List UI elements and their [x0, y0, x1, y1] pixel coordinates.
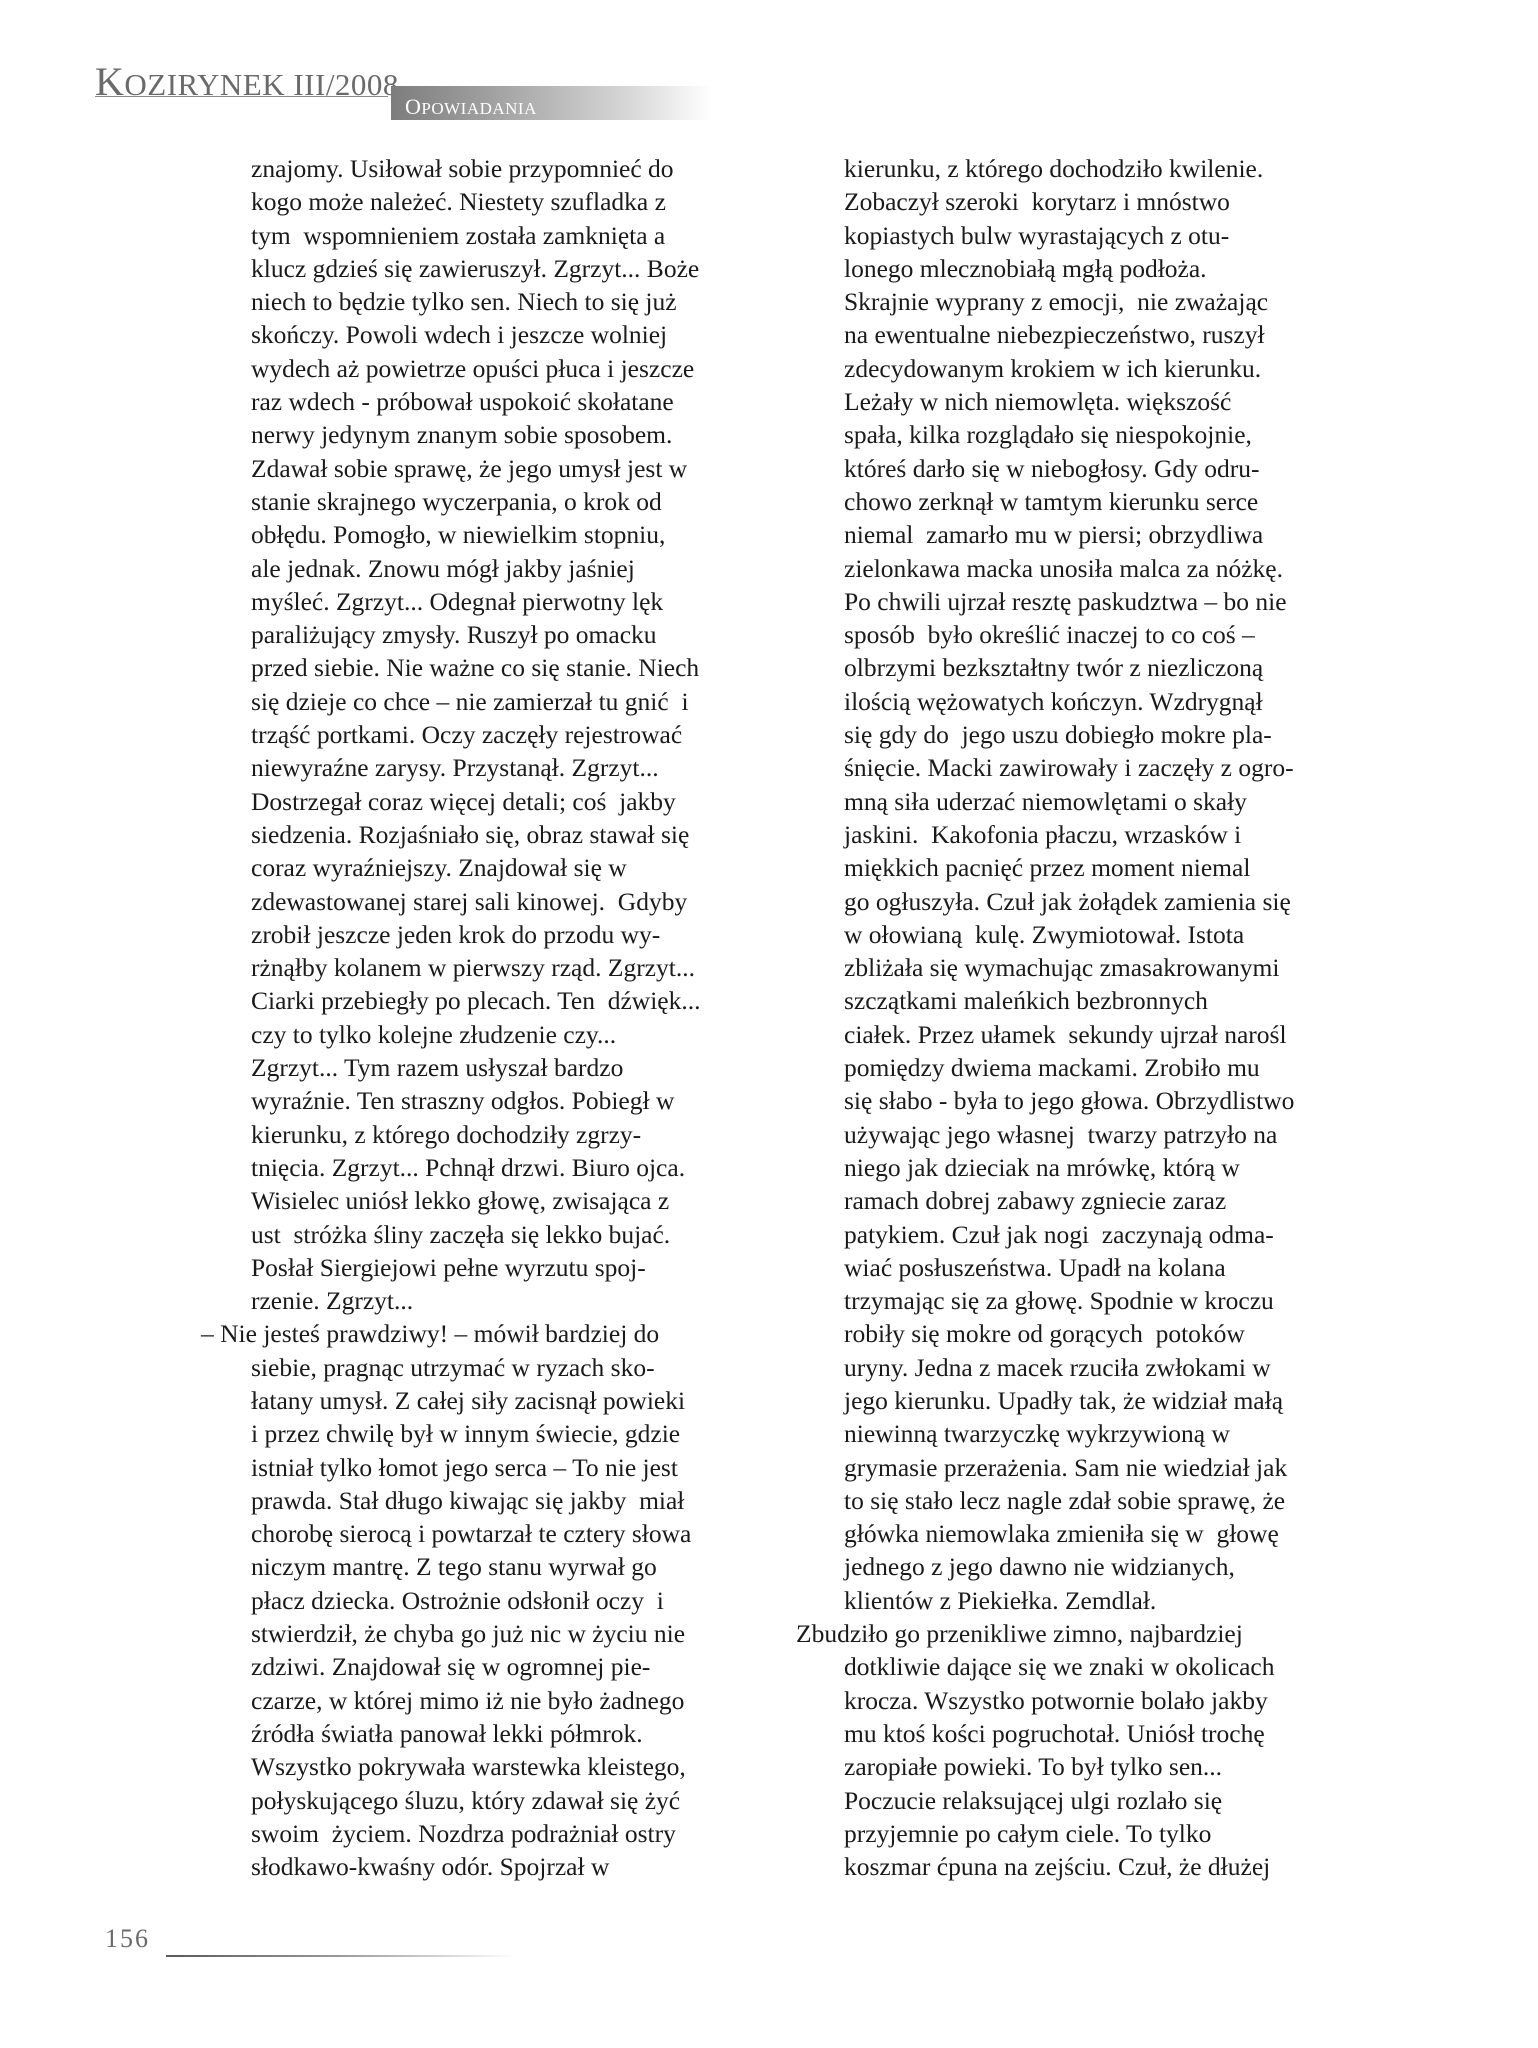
- magazine-title: KOZIRYNEK III/2008: [95, 58, 399, 105]
- text-line: sposób było określić inaczej to co coś –: [844, 618, 1364, 651]
- text-line: trzymając się za głowę. Spodnie w kroczu: [844, 1284, 1364, 1317]
- text-line: Ciarki przebiegły po plecach. Ten dźwięk…: [251, 984, 771, 1017]
- text-line: zbliżała się wymachując zmasakrowanymi: [844, 951, 1364, 984]
- text-line: w ołowianą kulę. Zwymiotował. Istota: [844, 918, 1364, 951]
- page-number: 156: [105, 1924, 150, 1954]
- text-line: zdewastowanej starej sali kinowej. Gdyby: [251, 885, 771, 918]
- text-line: i przez chwilę był w innym świecie, gdzi…: [251, 1417, 771, 1450]
- section-label-initial: O: [405, 94, 421, 119]
- magazine-page: KOZIRYNEK III/2008 OPOWIADANIA znajomy. …: [0, 0, 1538, 2048]
- text-line: olbrzymi bezkształtny twór z niezliczoną: [844, 651, 1364, 684]
- text-line: coraz wyraźniejszy. Znajdował się w: [251, 851, 771, 884]
- text-line: stwierdził, że chyba go już nic w życiu …: [251, 1617, 771, 1650]
- text-line: Wisielec uniósł lekko głowę, zwisająca z: [251, 1184, 771, 1217]
- text-line: Posłał Siergiejowi pełne wyrzutu spoj-: [251, 1251, 771, 1284]
- text-line: krocza. Wszystko potwornie bolało jakby: [844, 1684, 1364, 1717]
- text-line: czy to tylko kolejne złudzenie czy...: [251, 1018, 771, 1051]
- text-line: go ogłuszyła. Czuł jak żołądek zamienia …: [844, 885, 1364, 918]
- text-line: Zdawał sobie sprawę, że jego umysł jest …: [251, 452, 771, 485]
- text-line: łatany umysł. Z całej siły zacisnął powi…: [251, 1384, 771, 1417]
- text-line: słodkawo-kwaśny odór. Spojrzał w: [251, 1850, 771, 1883]
- text-line: znajomy. Usiłował sobie przypomnieć do: [251, 152, 771, 185]
- text-line: kopiastych bulw wyrastających z otu-: [844, 219, 1364, 252]
- text-line: siedzenia. Rozjaśniało się, obraz stawał…: [251, 818, 771, 851]
- text-line: połyskującego śluzu, który zdawał się ży…: [251, 1784, 771, 1817]
- text-line: rżnąłby kolanem w pierwszy rząd. Zgrzyt.…: [251, 951, 771, 984]
- text-line: jego kierunku. Upadły tak, że widział ma…: [844, 1384, 1364, 1417]
- text-line: przyjemnie po całym ciele. To tylko: [844, 1817, 1364, 1850]
- text-line: ilością wężowatych kończyn. Wzdrygnął: [844, 685, 1364, 718]
- text-line: obłędu. Pomogło, w niewielkim stopniu,: [251, 518, 771, 551]
- text-line: spała, kilka rozglądało się niespokojnie…: [844, 418, 1364, 451]
- text-line: wiać posłuszeństwa. Upadł na kolana: [844, 1251, 1364, 1284]
- text-line: kierunku, z którego dochodziły zgrzy-: [251, 1118, 771, 1151]
- text-line: źródła światła panował lekki półmrok.: [251, 1717, 771, 1750]
- text-line: niewinną twarzyczkę wykrzywioną w: [844, 1417, 1364, 1450]
- text-line: ust stróżka śliny zaczęła się lekko buja…: [251, 1218, 771, 1251]
- text-line: kierunku, z którego dochodziło kwilenie.: [844, 152, 1364, 185]
- right-text-column: kierunku, z którego dochodziło kwilenie.…: [844, 152, 1364, 1883]
- text-line: Skrajnie wyprany z emocji, nie zważając: [844, 285, 1364, 318]
- text-line: koszmar ćpuna na zejściu. Czuł, że dłuże…: [844, 1850, 1364, 1883]
- text-line: tnięcia. Zgrzyt... Pchnął drzwi. Biuro o…: [251, 1151, 771, 1184]
- text-line: zaropiałe powieki. To był tylko sen...: [844, 1750, 1364, 1783]
- text-line: rzenie. Zgrzyt...: [251, 1284, 771, 1317]
- footer-rule: [166, 1955, 516, 1957]
- text-line: Zbudziło go przenikliwe zimno, najbardzi…: [796, 1617, 1364, 1650]
- text-line: Po chwili ujrzał resztę paskudztwa – bo …: [844, 585, 1364, 618]
- text-line: kogo może należeć. Niestety szufladka z: [251, 185, 771, 218]
- text-line: jednego z jego dawno nie widzianych,: [844, 1550, 1364, 1583]
- text-line: zielonkawa macka unosiła malca za nóżkę.: [844, 552, 1364, 585]
- text-line: Leżały w nich niemowlęta. większość: [844, 385, 1364, 418]
- text-line: wydech aż powietrze opuści płuca i jeszc…: [251, 352, 771, 385]
- text-line: zrobił jeszcze jeden krok do przodu wy-: [251, 918, 771, 951]
- text-line: niech to będzie tylko sen. Niech to się …: [251, 285, 771, 318]
- text-line: szczątkami maleńkich bezbronnych: [844, 984, 1364, 1017]
- text-line: czarze, w której mimo iż nie było żadneg…: [251, 1684, 771, 1717]
- text-line: mną siła uderzać niemowlętami o skały: [844, 785, 1364, 818]
- section-label-rest: POWIADANIA: [421, 99, 536, 118]
- text-line: to się stało lecz nagle zdał sobie spraw…: [844, 1484, 1364, 1517]
- text-line: istniał tylko łomot jego serca – To nie …: [251, 1451, 771, 1484]
- text-line: patykiem. Czuł jak nogi zaczynają odma-: [844, 1218, 1364, 1251]
- text-line: trząść portkami. Oczy zaczęły rejestrowa…: [251, 718, 771, 751]
- section-label: OPOWIADANIA: [405, 94, 537, 120]
- text-line: Dostrzegał coraz więcej detali; coś jakb…: [251, 785, 771, 818]
- text-line: ale jednak. Znowu mógł jakby jaśniej: [251, 552, 771, 585]
- text-line: siebie, pragnąc utrzymać w ryzach sko-: [251, 1351, 771, 1384]
- text-line: zdziwi. Znajdował się w ogromnej pie-: [251, 1650, 771, 1683]
- text-line: używając jego własnej twarzy patrzyło na: [844, 1118, 1364, 1151]
- text-line: chorobę sierocą i powtarzał te cztery sł…: [251, 1517, 771, 1550]
- text-line: Zgrzyt... Tym razem usłyszał bardzo: [251, 1051, 771, 1084]
- text-line: klucz gdzieś się zawieruszył. Zgrzyt... …: [251, 252, 771, 285]
- text-line: płacz dziecka. Ostrożnie odsłonił oczy i: [251, 1584, 771, 1617]
- text-line: przed siebie. Nie ważne co się stanie. N…: [251, 651, 771, 684]
- text-line: jaskini. Kakofonia płaczu, wrzasków i: [844, 818, 1364, 851]
- text-line: się gdy do jego uszu dobiegło mokre pla-: [844, 718, 1364, 751]
- text-line: myśleć. Zgrzyt... Odegnał pierwotny lęk: [251, 585, 771, 618]
- text-line: paraliżujący zmysły. Ruszył po omacku: [251, 618, 771, 651]
- text-line: zdecydowanym krokiem w ich kierunku.: [844, 352, 1364, 385]
- text-line: nerwy jedynym znanym sobie sposobem.: [251, 418, 771, 451]
- text-line: Zobaczył szeroki korytarz i mnóstwo: [844, 185, 1364, 218]
- text-line: Poczucie relaksującej ulgi rozlało się: [844, 1784, 1364, 1817]
- text-line: niczym mantrę. Z tego stanu wyrwał go: [251, 1550, 771, 1583]
- text-line: pomiędzy dwiema mackami. Zrobiło mu: [844, 1051, 1364, 1084]
- text-line: ciałek. Przez ułamek sekundy ujrzał naro…: [844, 1018, 1364, 1051]
- text-line: niewyraźne zarysy. Przystanął. Zgrzyt...: [251, 751, 771, 784]
- text-line: uryny. Jedna z macek rzuciła zwłokami w: [844, 1351, 1364, 1384]
- text-line: mu ktoś kości pogruchotał. Uniósł trochę: [844, 1717, 1364, 1750]
- text-line: chowo zerknął w tamtym kierunku serce: [844, 485, 1364, 518]
- text-line: na ewentualne niebezpieczeństwo, ruszył: [844, 318, 1364, 351]
- text-line: się dzieje co chce – nie zamierzał tu gn…: [251, 685, 771, 718]
- text-line: się słabo - była to jego głowa. Obrzydli…: [844, 1084, 1364, 1117]
- text-line: dotkliwie dające się we znaki w okolicac…: [844, 1650, 1364, 1683]
- text-line: główka niemowlaka zmieniła się w głowę: [844, 1517, 1364, 1550]
- text-line: skończy. Powoli wdech i jeszcze wolniej: [251, 318, 771, 351]
- header-rule: [95, 96, 388, 97]
- text-line: niego jak dzieciak na mrówkę, którą w: [844, 1151, 1364, 1184]
- text-line: śnięcie. Macki zawirowały i zaczęły z og…: [844, 751, 1364, 784]
- text-line: tym wspomnieniem została zamknięta a: [251, 219, 771, 252]
- text-line: prawda. Stał długo kiwając się jakby mia…: [251, 1484, 771, 1517]
- text-line: raz wdech - próbował uspokoić skołatane: [251, 385, 771, 418]
- left-text-column: znajomy. Usiłował sobie przypomnieć doko…: [251, 152, 771, 1883]
- text-line: lonego mlecznobiałą mgłą podłoża.: [844, 252, 1364, 285]
- text-line: ramach dobrej zabawy zgniecie zaraz: [844, 1184, 1364, 1217]
- text-line: Wszystko pokrywała warstewka kleistego,: [251, 1750, 771, 1783]
- text-line: niemal zamarło mu w piersi; obrzydliwa: [844, 518, 1364, 551]
- text-line: grymasie przerażenia. Sam nie wiedział j…: [844, 1451, 1364, 1484]
- magazine-title-initial: K: [95, 59, 124, 104]
- text-line: któreś darło się w niebogłosy. Gdy odru-: [844, 452, 1364, 485]
- text-line: swoim życiem. Nozdrza podrażniał ostry: [251, 1817, 771, 1850]
- text-line: – Nie jesteś prawdziwy! – mówił bardziej…: [201, 1317, 771, 1350]
- text-line: miękkich pacnięć przez moment niemal: [844, 851, 1364, 884]
- text-line: stanie skrajnego wyczerpania, o krok od: [251, 485, 771, 518]
- text-line: wyraźnie. Ten straszny odgłos. Pobiegł w: [251, 1084, 771, 1117]
- text-line: robiły się mokre od gorących potoków: [844, 1317, 1364, 1350]
- text-line: klientów z Piekiełka. Zemdlał.: [844, 1584, 1364, 1617]
